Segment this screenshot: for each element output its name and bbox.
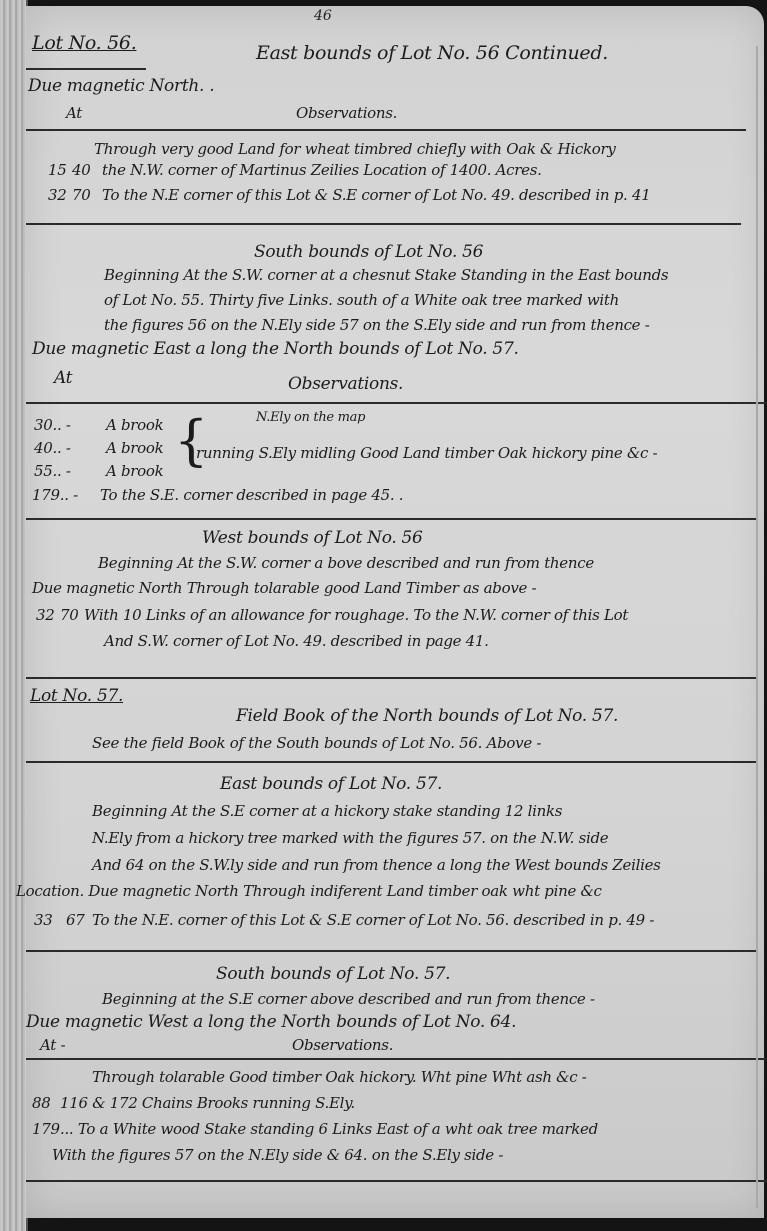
section-rule [26, 950, 756, 952]
south56-body-1: Beginning At the S.W. corner at a chesnu… [104, 266, 668, 284]
south56-col-at: At [54, 368, 72, 388]
lot57-east-chains: 33 [34, 911, 53, 929]
lot57-south-body: Beginning at the S.E corner above descri… [102, 990, 595, 1008]
west56-body-1: Beginning At the S.W. corner a bove desc… [98, 554, 594, 572]
east56-line-1: Through very good Land for wheat timbred… [94, 140, 616, 158]
east56-chains-2: 15 [48, 161, 67, 179]
page-title: East bounds of Lot No. 56 Continued. [256, 42, 608, 64]
lot57-obs-at-3: 179 [32, 1120, 60, 1138]
col-observations-header: Observations. [296, 104, 397, 122]
south56-map-note: N.Ely on the map [256, 410, 365, 425]
south56-obs-rule [26, 402, 766, 404]
south56-title: South bounds of Lot No. 56 [254, 242, 483, 262]
lot57-north-note: See the field Book of the South bounds o… [92, 734, 541, 752]
lot57-obs-line-1: Through tolarable Good timber Oak hickor… [92, 1068, 587, 1086]
east56-line-3: To the N.E corner of this Lot & S.E corn… [102, 186, 650, 204]
lot-56-label: Lot No. 56. [32, 32, 136, 54]
section-rule [26, 1180, 767, 1182]
west56-line-1: With 10 Links of an allowance for rougha… [84, 606, 628, 624]
south56-row-1-text: A brook [106, 416, 163, 434]
lot57-east-final: To the N.E. corner of this Lot & S.E cor… [92, 911, 654, 929]
page-number: 46 [314, 8, 332, 24]
west56-links: 70 [60, 606, 79, 624]
lot57-north-title: Field Book of the North bounds of Lot No… [236, 706, 618, 726]
lot57-obs-rule [26, 1058, 766, 1060]
south56-row-2-text: A brook [106, 439, 163, 457]
west56-body-2: Due magnetic North Through tolarable goo… [32, 579, 536, 597]
section-rule [26, 677, 756, 679]
col-at-header: At [66, 104, 82, 122]
west56-title: West bounds of Lot No. 56 [202, 528, 423, 548]
lot57-col-observations: Observations. [292, 1036, 393, 1054]
bearing-north: Due magnetic North. . [28, 76, 214, 96]
lot57-east-body-3: And 64 on the S.W.ly side and run from t… [92, 856, 661, 874]
east56-chains-3: 32 [48, 186, 67, 204]
lot57-east-location-line: Location. Due magnetic North Through ind… [16, 882, 602, 900]
south56-row-4-at: 179.. - [32, 486, 78, 504]
lot57-east-title: East bounds of Lot No. 57. [220, 774, 442, 794]
lot57-south-title: South bounds of Lot No. 57. [216, 964, 450, 984]
lot57-east-links: 67 [66, 911, 85, 929]
lot57-obs-at-2: 88 [32, 1094, 51, 1112]
west56-line-2: And S.W. corner of Lot No. 49. described… [104, 632, 489, 650]
south56-row-3-at: 55.. - [34, 462, 71, 480]
section-rule [26, 223, 741, 225]
section-rule [26, 761, 756, 763]
west56-chains: 32 [36, 606, 55, 624]
south56-bearing: Due magnetic East a long the North bound… [32, 339, 519, 359]
lot57-south-bearing: Due magnetic West a long the North bound… [26, 1012, 516, 1032]
south56-col-observations: Observations. [288, 374, 403, 394]
lot57-obs-line-2: 116 & 172 Chains Brooks running S.Ely. [60, 1094, 355, 1112]
south56-row-3-text: A brook [106, 462, 163, 480]
section-rule [26, 518, 756, 520]
lot57-obs-line-4: With the figures 57 on the N.Ely side & … [52, 1146, 503, 1164]
east56-links-2: 40 [72, 161, 91, 179]
south56-row-2-at: 40.. - [34, 439, 71, 457]
lot-57-label: Lot No. 57. [30, 686, 123, 706]
south56-brook-note: running S.Ely midling Good Land timber O… [196, 444, 657, 462]
ledger-page: 46 Lot No. 56. East bounds of Lot No. 56… [26, 6, 764, 1218]
south56-row-4-text: To the S.E. corner described in page 45.… [100, 486, 403, 504]
header-rule [26, 129, 746, 131]
book-spine-edge [0, 0, 28, 1231]
east56-links-3: 70 [72, 186, 91, 204]
south56-row-1-at: 30.. - [34, 416, 71, 434]
south56-body-2: of Lot No. 55. Thirty five Links. south … [104, 291, 619, 309]
lot57-east-body-2: N.Ely from a hickory tree marked with th… [92, 829, 608, 847]
lot-label-underline [26, 68, 146, 70]
lot57-obs-line-3: ... To a White wood Stake standing 6 Lin… [60, 1120, 598, 1138]
lot57-col-at: At - [40, 1036, 65, 1054]
lot57-east-body-1: Beginning At the S.E corner at a hickory… [92, 802, 562, 820]
south56-body-3: the figures 56 on the N.Ely side 57 on t… [104, 316, 649, 334]
east56-line-2: the N.W. corner of Martinus Zeilies Loca… [102, 161, 542, 179]
